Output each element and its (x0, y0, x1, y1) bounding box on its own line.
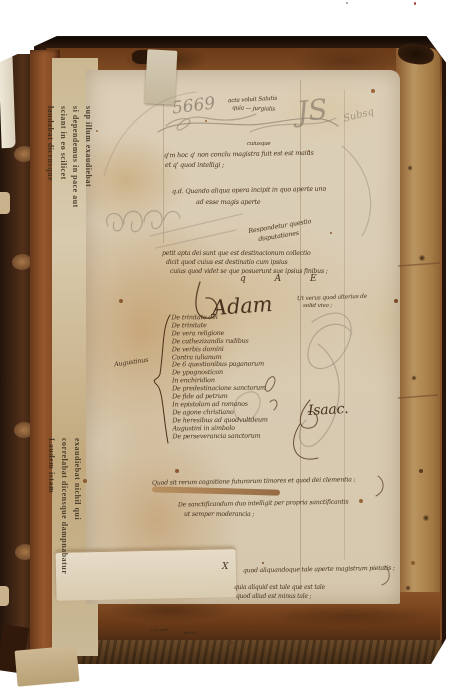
scrap-fragment: non est (184, 630, 196, 635)
annotation-line: ut semper moderancia ; (184, 511, 254, 518)
annotation-line: ad esse magis aperte (196, 198, 261, 206)
annotation-line: dicit quod cuius est destinatio cum ipsi… (166, 259, 288, 266)
x-mark: X (222, 562, 228, 572)
waste-text-line: correlabat dicensque dampnabatur (58, 438, 71, 653)
annotation-line: quia aliquid est tale que est tale (234, 584, 325, 591)
spine-waste-text-upper: sup illum exaudiebatsi dependemus in pac… (44, 106, 94, 350)
waste-text-line: laudabat dicensque (44, 106, 57, 350)
contents-list: De trinitate deiDe trinitateDe vera reli… (171, 314, 267, 441)
monogram-js: JS (295, 93, 329, 129)
contents-list-entry: De perseverancia sanctorum (172, 432, 267, 441)
pen-trial-letters: q A E (240, 274, 330, 284)
book-photo: 5669 JS Subsq acta voluit Salutis quia —… (0, 0, 450, 700)
small-word: cuiusque (247, 141, 270, 147)
waste-text-line: sup illum exaudiebat (82, 106, 95, 350)
annotation-line: solid vivo ; (303, 303, 332, 309)
waste-text-line: sciant in eo scilicet (57, 106, 70, 350)
waste-text-line: Laudem istam (45, 438, 58, 653)
annotation-line: et q' quod intelligi ; (165, 161, 224, 169)
waste-text-line: si dependemus in pace aut (69, 106, 82, 350)
annotation-line: quod aliud est minus tale ; (236, 593, 311, 600)
name-isaac: Isaac. (308, 401, 349, 419)
scrap-fragment: et sic quod (150, 627, 168, 633)
waste-text-line: exaudiebat nichil qui (71, 438, 84, 653)
spine-waste-text-lower: exaudiebat nichil quicorrelabat dicensqu… (44, 438, 84, 653)
annotation-line: petit apta dei sunt que est destinacionu… (162, 250, 311, 257)
